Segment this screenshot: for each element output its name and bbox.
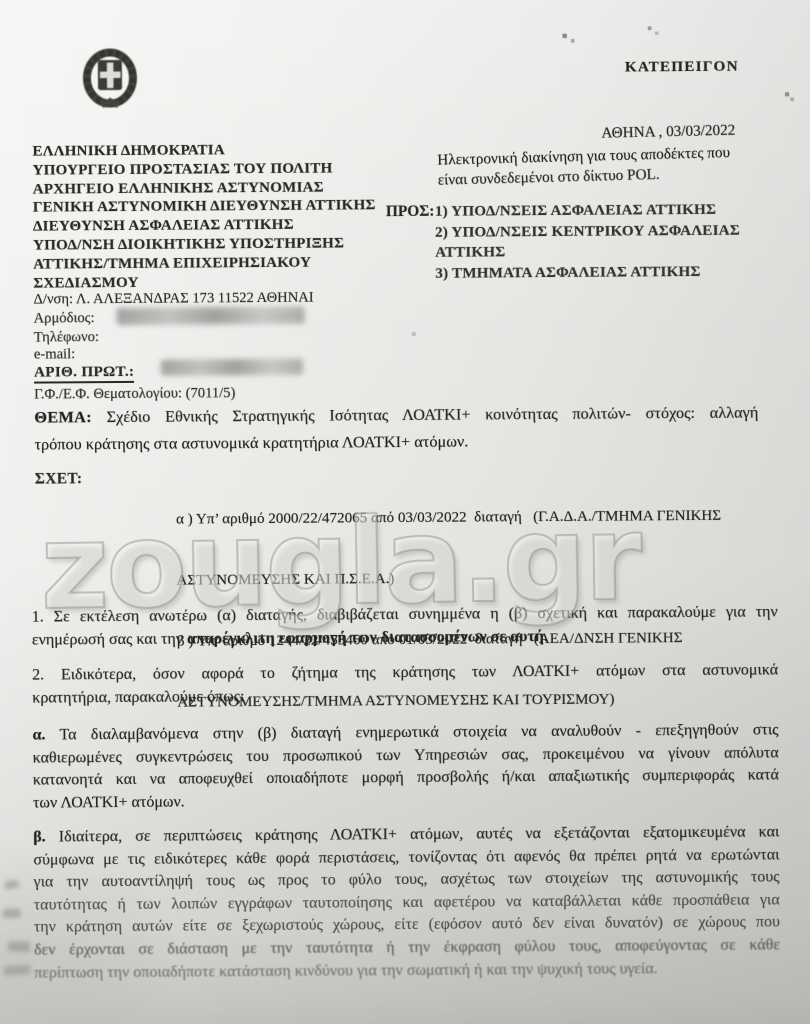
body-text: Τα διαλαμβανόμενα στην (β) διαταγή ενημε… — [45, 721, 778, 743]
redaction-blur-protocol — [161, 359, 303, 376]
greek-coat-of-arms-icon — [83, 48, 137, 116]
recipients-label: ΠΡΟΣ: — [386, 203, 435, 221]
watermark: zougla.gr — [39, 486, 801, 636]
recipient-line: 2) ΥΠΟΔ/ΝΣΕΙΣ ΚΕΝΤΡΙΚΟΥ ΑΣΦΑΛΕΙΑΣ — [435, 220, 765, 243]
recipient-line: 1) ΥΠΟΔ/ΝΣΕΙΣ ΑΣΦΑΛΕΙΑΣ ΑΤΤΙΚΗΣ — [435, 199, 765, 222]
edge-smudge — [8, 941, 31, 952]
place-date: ΑΘΗΝΑ , 03/03/2022 — [601, 122, 735, 143]
body-text: Ιδιαίτερα, σε περιπτώσεις κράτησης ΛΟΑΤΚ… — [46, 823, 780, 845]
edge-smudge — [4, 880, 19, 890]
file-reference: Γ.Φ./Ε.Φ. Θεματολογίου: (7011/5) — [34, 384, 434, 404]
sender-address: Δ/νση: Λ. ΑΛΕΞΑΝΔΡΑΣ 173 11522 ΑΘΗΝΑΙ — [33, 289, 433, 309]
distribution-note: Ηλεκτρονική διακίνηση για τους αποδέκτες… — [437, 143, 738, 190]
subject-line: τρόπου κράτησης στα αστυνομικά κρατητήρι… — [34, 426, 758, 458]
edge-smudge — [3, 909, 21, 918]
subject-text: Σχέδιο Εθνικής Στρατηγικής Ισότητας ΛΟΑΤ… — [92, 403, 759, 427]
scanned-document-page: ΚΑΤΕΠΕΙΓΟΝ ΑΘΗΝΑ , 03/03/2022 Ηλεκτρονικ… — [0, 0, 810, 1024]
edge-smudge — [4, 965, 30, 976]
body-paragraph-alpha: α. Τα διαλαμβανόμενα στην (β) διαταγή εν… — [32, 719, 779, 815]
recipient-line: ΑΤΤΙΚΗΣ — [435, 241, 765, 264]
references-label: ΣΧΕΤ: — [35, 470, 83, 488]
document-sheet: ΚΑΤΕΠΕΙΓΟΝ ΑΘΗΝΑ , 03/03/2022 Ηλεκτρονικ… — [0, 0, 810, 1024]
redaction-blur-contact — [117, 307, 305, 325]
subject-line: ΘΕΜΑ: Σχέδιο Εθνικής Στρατηγικής Ισότητα… — [34, 400, 758, 432]
subject-block: ΘΕΜΑ: Σχέδιο Εθνικής Στρατηγικής Ισότητα… — [34, 400, 758, 458]
subject-label: ΘΕΜΑ: — [34, 407, 92, 426]
sender-letterhead: ΕΛΛΗΝΙΚΗ ΔΗΜΟΚΡΑΤΙΑ ΥΠΟΥΡΓΕΙΟ ΠΡΟΣΤΑΣΙΑΣ… — [32, 140, 433, 293]
body-line: περίπτωση την οποιαδήποτε κατάσταση κινδ… — [34, 957, 780, 985]
classification-stamp: ΚΑΤΕΠΕΙΓΟΝ — [625, 57, 785, 76]
sender-line: ΓΕΝΙΚΗ ΑΣΤΥΝΟΜΙΚΗ ΔΙΕΥΘΥΝΣΗ ΑΤΤΙΚΗΣ — [33, 196, 433, 218]
recipients-list: 1) ΥΠΟΔ/ΝΣΕΙΣ ΑΣΦΑΛΕΙΑΣ ΑΤΤΙΚΗΣ 2) ΥΠΟΔ/… — [435, 199, 766, 284]
body-text: . — [544, 628, 548, 645]
recipient-line: 3) ΤΜΗΜΑΤΑ ΑΣΦΑΛΕΙΑΣ ΑΤΤΙΚΗΣ — [435, 261, 765, 284]
paragraph-label: β. — [33, 829, 46, 846]
protocol-number-label-text: ΑΡΙΘ. ΠΡΩΤ.: — [34, 363, 134, 384]
body-line: των ΛΟΑΤΚΙ+ ατόμων. — [33, 787, 779, 815]
body-paragraph-2: 2. Ειδικότερα, όσον αφορά το ζήτημα της … — [32, 659, 778, 709]
body-paragraph-beta: β. Ιδιαίτερα, σε περιπτώσεις κράτησης ΛΟ… — [33, 821, 780, 984]
paragraph-label: α. — [32, 727, 45, 744]
